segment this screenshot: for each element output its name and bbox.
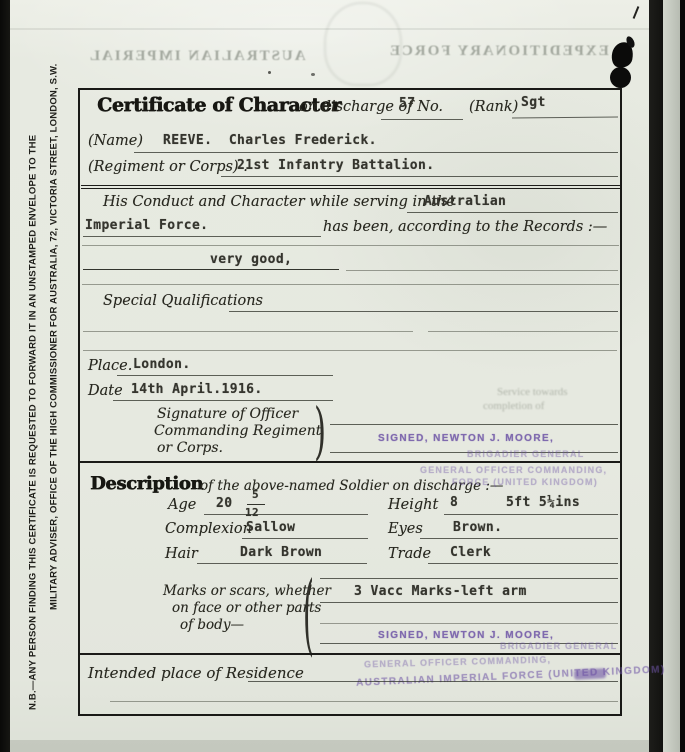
place-value: London.	[133, 357, 191, 372]
age-label: Age	[168, 497, 196, 513]
ruled-line	[110, 701, 618, 702]
ink-speck	[311, 73, 315, 76]
ruled-line	[83, 269, 339, 270]
ruled-line	[221, 176, 618, 177]
ruled-line	[320, 602, 618, 603]
margin-note-line1: N.B.—ANY PERSON FINDING THIS CERTIFICATE…	[28, 170, 39, 710]
showthrough-text: AUSTRALIAN IMPERIAL	[88, 48, 306, 65]
ruled-line	[420, 538, 618, 539]
showthrough-text: EXPEDITIONARY FORCE	[388, 43, 609, 60]
name-label: (Name)	[88, 133, 143, 149]
signed-stamp: Signed, NEWTON J. MOORE,	[378, 433, 554, 444]
age-value: 20	[216, 496, 232, 511]
ink-speck	[268, 71, 271, 74]
scanned-certificate-document: AUSTRALIAN IMPERIAL EXPEDITIONARY FORCE …	[0, 0, 685, 752]
ruled-line	[407, 212, 618, 213]
ruled-line	[82, 245, 619, 246]
conduct-outro: has been, according to the Records :—	[323, 219, 607, 235]
section-rule	[80, 461, 620, 463]
regiment-label: (Regiment or Corps) .	[88, 159, 248, 175]
marks-label-line3: of body—	[180, 617, 244, 633]
hair-value: Dark Brown	[240, 545, 322, 560]
ruled-line	[117, 375, 333, 376]
signature-label-line2: Commanding Regiment	[154, 423, 321, 439]
signature-line	[330, 424, 618, 425]
date-value: 14th April.1916.	[131, 382, 263, 397]
goc-stamp: General Officer Commanding,	[420, 465, 607, 475]
description-heading: Description	[90, 473, 203, 494]
scan-edge-strip	[649, 0, 663, 752]
brigadier-general-stamp: Brigadier General	[467, 449, 584, 459]
service-number-value: 57	[399, 96, 415, 111]
conduct-intro: His Conduct and Character while serving …	[103, 194, 455, 210]
certificate-border-box	[78, 88, 622, 716]
trade-value: Clerk	[450, 545, 491, 560]
signed-stamp: Signed, NEWTON J. MOORE,	[378, 630, 554, 641]
discharge-phrase: on discharge of No.	[299, 99, 443, 115]
height-label: Height	[388, 497, 438, 513]
signature-label-line3: or Corps.	[157, 440, 223, 456]
complexion-label: Complexion	[165, 521, 252, 537]
paper-edge-strip	[663, 0, 680, 752]
special-qualifications-label: Special Qualifications	[103, 293, 263, 309]
height-value: 5ft 5¼ins	[506, 495, 580, 510]
marks-value: 3 Vacc Marks-left arm	[354, 584, 527, 599]
brace-glyph: (	[303, 570, 314, 658]
place-label: Place.	[88, 358, 132, 374]
ruled-line	[229, 311, 618, 312]
force-value-line1: Australian	[424, 194, 506, 209]
age-fraction-numerator: 5	[252, 488, 259, 501]
hair-label: Hair	[165, 546, 198, 562]
ruled-line	[428, 563, 618, 564]
date-label: Date	[88, 383, 123, 399]
eyes-value: Brown.	[453, 520, 502, 535]
signature-label-line1: Signature of Officer	[157, 406, 298, 422]
ink-blot	[610, 67, 631, 88]
ruled-line	[83, 350, 617, 351]
residence-label: Intended place of Residence	[88, 664, 304, 682]
marks-label-line2: on face or other parts	[172, 600, 321, 616]
stamp-smudge	[574, 668, 606, 680]
complexion-value: Sallow	[246, 520, 295, 535]
name-value: REEVE. Charles Frederick.	[163, 133, 377, 148]
ruled-line	[381, 119, 463, 120]
regiment-value: 21st Infantry Battalion.	[237, 158, 434, 173]
conduct-rating-value: very good,	[210, 252, 292, 267]
ruled-line	[242, 538, 368, 539]
ruled-line	[83, 236, 321, 237]
ruled-line	[134, 152, 618, 153]
rank-value: Sgt	[521, 95, 546, 110]
margin-note-line2: MILITARY ADVISER, OFFICE OF THE HIGH COM…	[49, 86, 60, 610]
paper-bottom-shadow	[10, 740, 649, 752]
force-uk-stamp-fragment: Force (United Kingdom)	[452, 477, 598, 487]
ruled-line	[346, 270, 618, 271]
trade-label: Trade	[388, 546, 431, 562]
ruled-line	[444, 514, 618, 515]
brace-glyph: )	[314, 400, 326, 462]
ruled-line	[204, 514, 368, 515]
ruled-line	[428, 331, 618, 332]
ruled-line	[113, 400, 333, 401]
ruled-line	[197, 563, 367, 564]
eyes-label: Eyes	[388, 521, 423, 537]
rank-label: (Rank)	[469, 99, 518, 115]
ruled-line	[320, 623, 618, 624]
height-stray-character: 8	[450, 495, 458, 510]
scan-edge-right	[680, 0, 685, 752]
brigadier-general-stamp: Brigadier General	[500, 641, 617, 651]
force-value-line2: Imperial Force.	[85, 218, 208, 233]
ruled-line	[248, 681, 618, 682]
scan-edge-left	[0, 0, 10, 752]
fraction-bar	[247, 504, 265, 505]
age-fraction-denominator: 12	[245, 506, 259, 519]
double-rule	[81, 185, 620, 189]
ruled-line	[82, 284, 619, 285]
ruled-line	[320, 578, 618, 579]
ruled-line	[83, 331, 413, 332]
